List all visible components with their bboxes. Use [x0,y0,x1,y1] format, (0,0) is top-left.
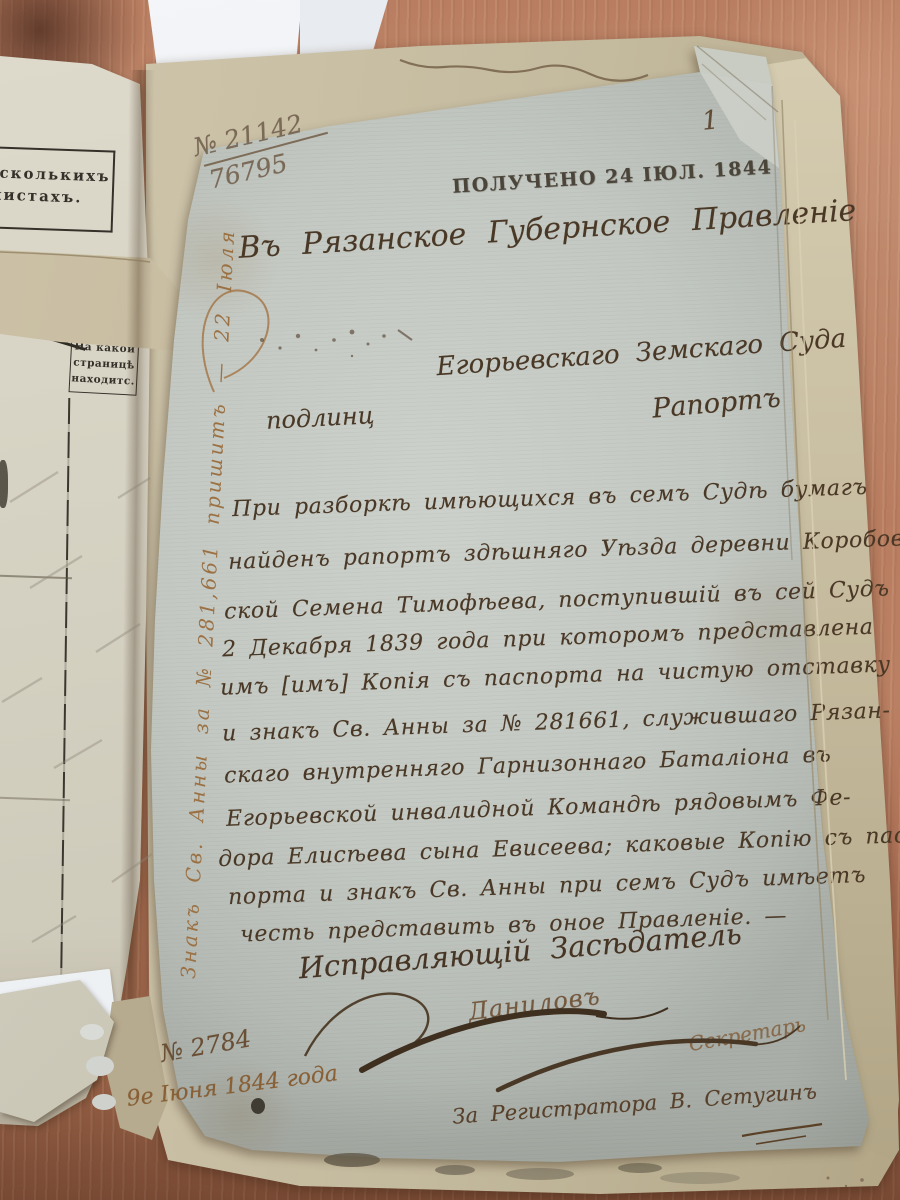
archival-photo: На сколькихъ листахъ. На какой страницѣ … [0,0,900,1200]
page-stack-seam-dark [782,100,828,1020]
vertical-note-flourish [203,290,269,392]
ink-and-texture-overlay [0,0,900,1200]
tan-corner-edge-line [0,252,150,262]
tan-edge-squiggle [400,60,648,81]
bottom-edge-frays [324,1153,740,1184]
signature-paraph-2 [498,1041,756,1090]
ink-spatter-cluster [260,330,386,358]
fold-crease-1 [697,46,778,112]
right-edge-crease [772,86,792,560]
register-ink-smudges [2,472,152,942]
left-edge-frays [80,1024,116,1110]
fold-crease-2 [702,64,766,120]
wood-speckles [827,1177,864,1188]
ink-blot-bottom [251,1098,265,1114]
ink-dash [398,330,412,340]
registrar-underline-2 [756,1136,806,1144]
page-stack-seam-light [795,120,846,1080]
signature-paraph-2-tail [748,1026,800,1044]
registrar-underline-1 [742,1124,822,1136]
